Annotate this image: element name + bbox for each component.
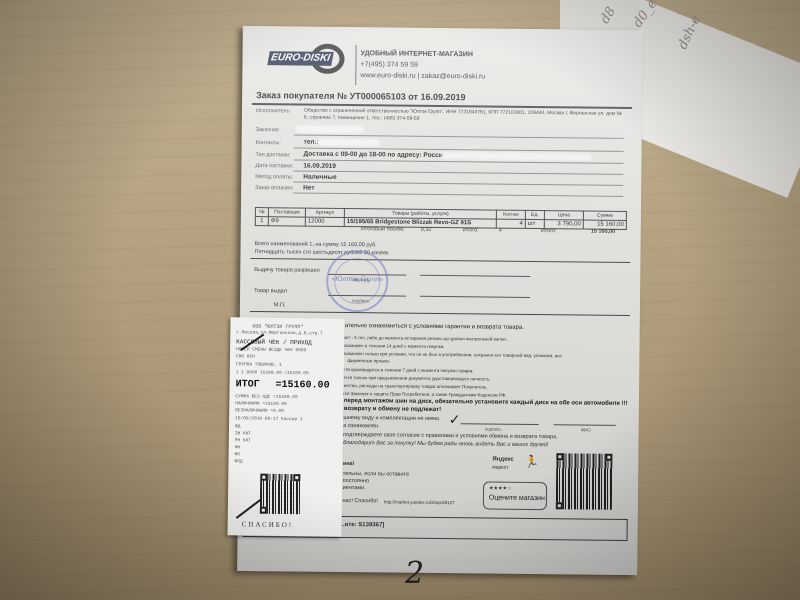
field-rule [293,192,623,196]
redacted-address [441,152,591,161]
terms-line: ...ает - 5 лет, либо до момента истирани… [340,335,507,342]
cash-receipt: ООО "ЮЛТЭК ГРУПП" г.Москва,ул.Ферганская… [227,317,344,537]
rating-stars: ★★★★☆ [489,486,511,492]
receipt-fd: ФП [235,452,240,457]
field-label-paid: Заказ оплачен: [255,185,294,191]
field-value-payment-method: Наличные [303,174,336,181]
rate-shop-label: Оцените магазин [489,495,545,503]
review-line: ...тельны, если вы оставите [338,471,409,478]
receipt-vat: СУММА БЕЗ НДС =15160.00 [235,394,297,400]
qr-corner [605,454,612,461]
customer-name-line [554,424,616,426]
customer-signature-line [461,423,539,425]
receipt-datetime: 16/09/2019 09:17 Кассир 1 [235,416,303,422]
shop-website: www.euro-diski.ru [360,72,415,80]
field-value-delivery-date: 16.09.2019 [303,163,336,170]
signatures-rule [250,311,630,316]
stamp-text: «Юлтэк Групп» [328,276,386,284]
col-header: № [255,208,268,217]
items-table: № Поставщик Артикул Товары (работы, услу… [255,207,627,230]
qr-code [556,453,613,510]
receipt-card: БЕЗНАЛИЧНЫМИ =0.00 [235,408,284,414]
handwritten-page-number: 2 [405,556,424,591]
yandex-market-sub: маркет [492,465,508,471]
field-label-delivery-date: Дата поставки: [255,163,293,169]
issued-label: Товар выдал [254,288,287,294]
signature-caption: подпись [485,426,502,431]
field-label-executor: Исполнитель: [256,108,291,114]
receipt-item: 1 1.0000 15160.00 =15160.00 [236,370,309,376]
receipt-total-label: ИТОГ [236,379,260,390]
field-value-delivery-type: Доставка с 09-00 до 18-00 по адресу: Рос… [303,151,446,159]
terms-line: фирменные ярлыки. [347,358,390,363]
terms-consent: ...подтверждаете свое согласие с правила… [339,432,558,440]
qr-corner [556,502,563,509]
euro-diski-logo: EURO-DISKI [268,43,348,72]
col-header: Цена [544,211,583,220]
order-title: Заказ покупателя № УТ000065103 от 16.09.… [256,90,466,102]
terms-intro: ...ательно ознакомиться с условиями гара… [340,323,524,331]
review-line: ...нас! Спасибо! [338,498,378,504]
rate-shop-bubble[interactable]: ★★★★☆ Оцените магазин [483,481,547,510]
receipt-address: г.Москва,ул.Ферганская,д.6,стр.7 [236,330,322,336]
col-header: Ед. [525,210,544,219]
fio-caption: ФИО [581,427,591,432]
redacted-phone [318,139,380,147]
receipt-thanks: СПАСИБО! [242,520,294,529]
qty-total-value: 4 [499,228,502,234]
receipt-fd: ФПД [234,459,242,464]
company-stamp: «Юлтэк Групп» [326,250,389,313]
summary-count: Всего наименований 1, на сумму 15 160,00… [255,241,377,248]
field-value-contacts: тел.: [304,139,319,146]
receipt-fd: ФН [235,445,240,450]
receipt-tax: СНО ОСН [236,354,255,359]
issued-name-line [420,296,530,298]
shop-email: zakaz@euro-diski.ru [421,73,485,81]
receipt-company: ООО "ЮЛТЭК ГРУПП" [252,324,303,331]
cell-number: 1 [255,217,268,226]
receipt-total-value: =15160.00 [276,380,330,392]
checkmark-icon: ✓ [449,411,461,428]
col-header: Поставщик [268,208,305,217]
terms-line: ...чество, расходы на транспортировку то… [339,383,488,390]
redacted-customer [296,125,364,133]
qr-corner [260,507,267,514]
yandex-brand: Яндекс [492,457,513,463]
receipt-group: ГРУППА ТОВАРОВ: 1 [236,362,282,368]
shop-contacts: УДОБНЫЙ ИНТЕРНЕТ-МАГАЗИН +7(495) 374 59 … [360,48,485,82]
field-label-delivery-type: Тип доставки: [255,152,290,158]
release-label: Выдачу товара разрешил [254,267,319,274]
footer-text: ...ите: S139367] [340,522,385,528]
field-value-executor: Общество с ограниченной ответственностью… [304,108,624,125]
terms-acquainted: ...а ознакомлен. [339,423,380,429]
receipt-qr-code [260,474,301,515]
sum-total-label: Итого: [541,228,557,234]
receipt-fd: РН ККТ [235,438,251,443]
courier-figure-icon: 🏃 [524,455,539,469]
sum-total-value: 15 160,00 [591,229,616,235]
terms-line: ...тся Законом о защите Прав Потребителя… [339,391,507,398]
terms-thanks: ...благодарит Вас за покупку! Мы будем р… [338,440,548,448]
pen-mark [236,499,261,518]
qr-corner [556,453,563,460]
field-rule [293,170,623,174]
receipt-fd: ЗН ККТ [235,431,251,436]
col-header: Артикул [305,208,344,217]
qr-corner [260,474,267,481]
summary-rule [250,258,630,263]
volume-value: 0,32 [421,227,432,233]
terms-line: ...ится только при предъявлении документ… [339,375,491,382]
receipt-cash: НАЛИЧНЫМИ =15160.00 [235,401,286,407]
review-line: ...постоянно [338,478,369,484]
field-value-paid: Нет [303,185,314,192]
qr-corner [293,474,300,481]
field-label-contacts: Контакты: [256,140,281,146]
col-header: Кол-во [496,210,525,219]
volume-label: Итоговый объем: [361,226,405,232]
field-label-customer: Заказчик: [256,127,280,133]
terms-line: ...возможен только при условии, что он н… [339,351,562,358]
col-header: Сумма [583,211,626,220]
terms-line: ...возможен в течении 14 дней с момента … [339,343,444,349]
cell-supplier: Ф9 [268,217,305,226]
field-rule [293,181,623,185]
header-divider [355,45,356,85]
receipt-fd: ФД [235,424,240,429]
cell-article: 12000 [305,217,344,226]
review-url-link[interactable]: http://market.yandex.ru/shop/26127 [384,499,455,505]
terms-warning-2: ...возврату и обмену не подлежат! [339,406,441,413]
terms-no-claims: ...шнему виду и комплектации не имею. [339,415,441,422]
receipt-shift: НОМЕР СМЕНЫ ВЕЗДЕ ЧЕК 0009 [236,347,306,353]
logo-text: EURO-DISKI [267,51,334,66]
qty-total-label: Итого: [463,227,479,233]
stamp-place: М.П. [274,302,286,308]
release-name-line [420,275,530,277]
terms-line: ...ств производится в течении 7 дней с м… [339,367,473,373]
field-label-payment-method: Метод оплаты: [255,174,293,180]
